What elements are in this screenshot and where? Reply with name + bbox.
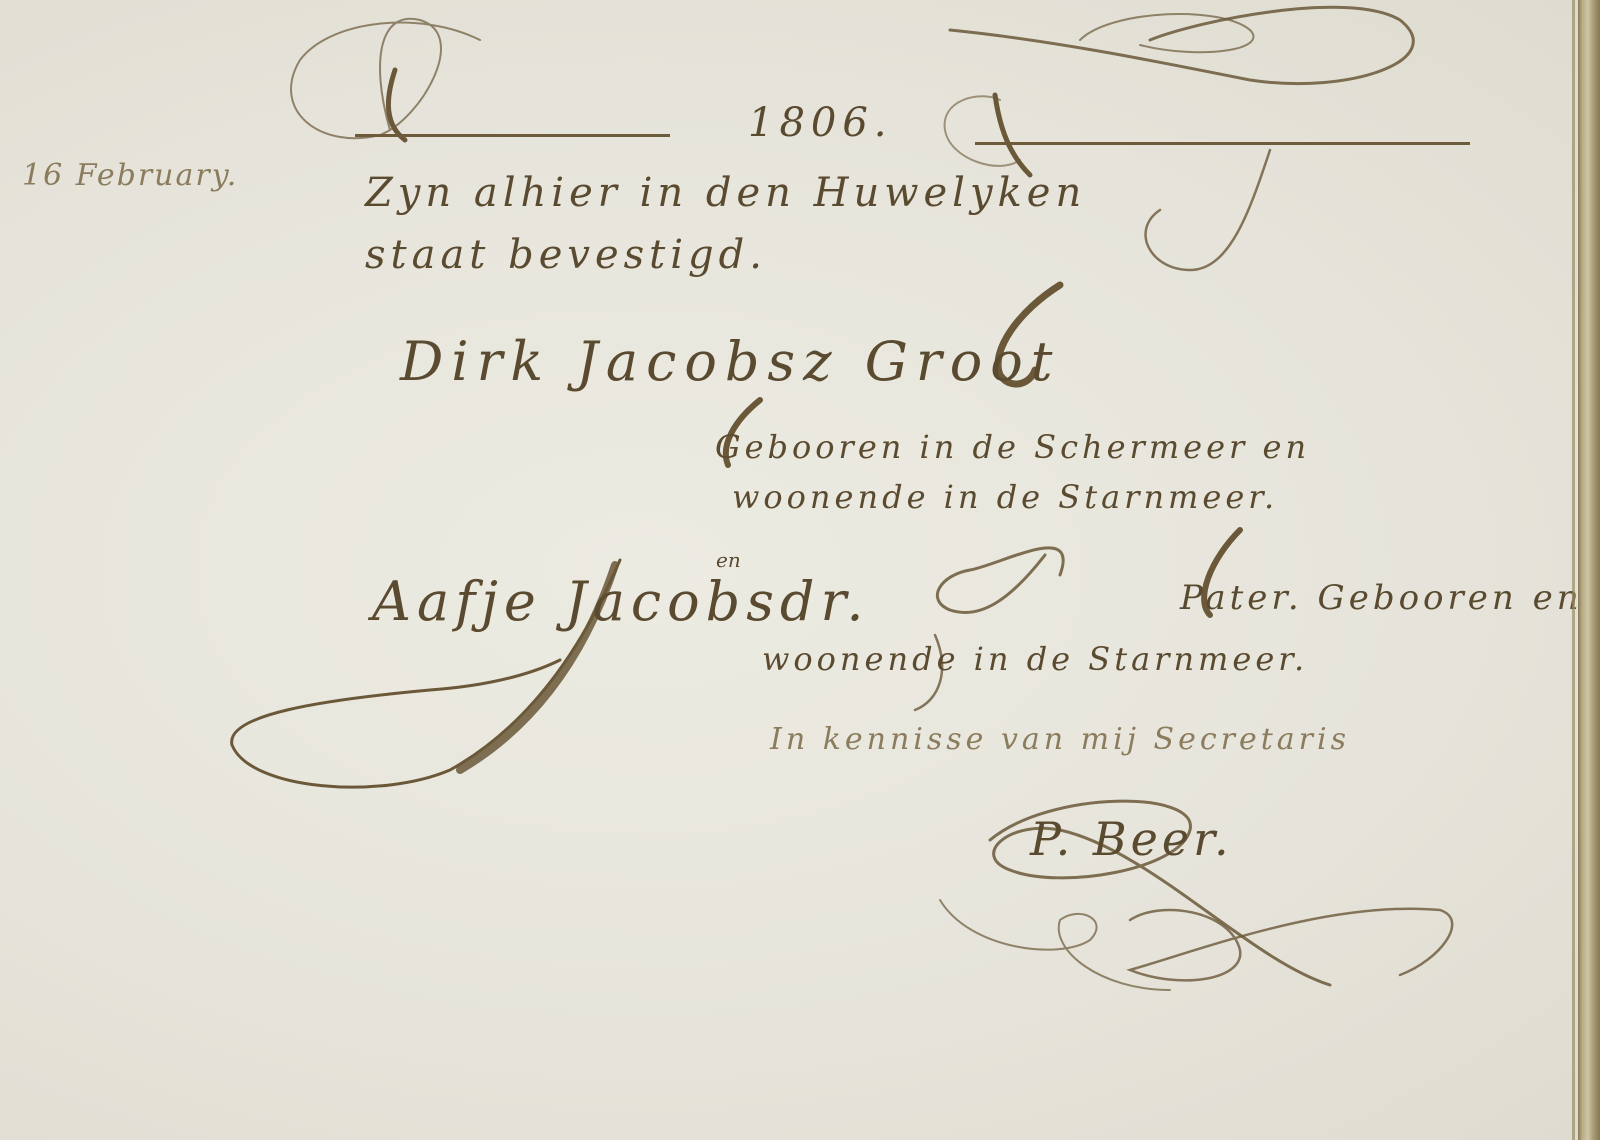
groom-name: Dirk Jacobsz Groot — [400, 330, 1060, 393]
bride-surname-birthplace: Pater. Gebooren en — [1180, 578, 1583, 618]
heading-rule-left — [355, 134, 670, 137]
margin-date: 16 February. — [22, 158, 238, 193]
intro-line-2: staat bevestigd. — [365, 232, 767, 278]
heading-rule-right — [975, 142, 1470, 145]
intro-line-1: Zyn alhier in den Huwelyken — [365, 170, 1086, 216]
bride-residence: woonende in de Starnmeer. — [762, 640, 1308, 678]
book-binding-edge — [1578, 0, 1600, 1140]
groom-residence: woonende in de Starnmeer. — [732, 478, 1278, 516]
secretary-signature: P. Beer. — [1030, 812, 1233, 866]
bride-name: Aafje Jacobsdr. — [372, 570, 870, 633]
groom-birthplace: Gebooren in de Schermeer en — [715, 428, 1310, 466]
attestation-line: In kennisse van mij Secretaris — [770, 722, 1350, 757]
year-heading: 1806. — [748, 100, 893, 146]
manuscript-page: 16 February. 1806. Zyn alhier in den Huw… — [0, 0, 1600, 1140]
connector-en: en — [716, 548, 741, 572]
